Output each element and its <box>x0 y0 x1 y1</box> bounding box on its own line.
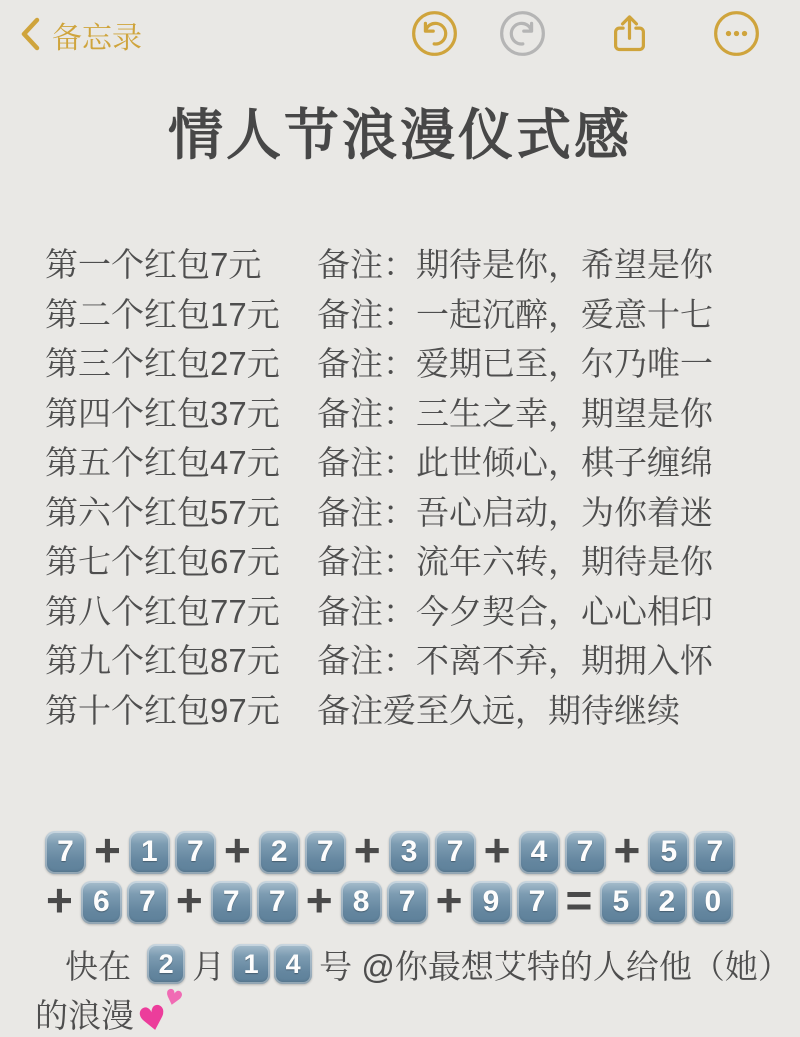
footer-line-2: 的浪漫 ♥♥ <box>35 989 800 1037</box>
red-packet-row: 第六个红包57元 备注：吾心启动，为你着迷 <box>45 486 786 536</box>
keycap-number-14: 14 <box>232 944 312 984</box>
back-button-label: 备忘录 <box>52 13 142 57</box>
equals-operator: = <box>565 877 594 927</box>
plus-operator: + <box>175 877 204 927</box>
keycap-digit-icon: 8 <box>341 881 382 924</box>
ellipsis-icon <box>713 10 760 60</box>
keycap-number-87: 87 <box>341 881 428 924</box>
redo-icon <box>499 10 546 60</box>
packet-note: 备注：爱期已至，尔乃唯一 <box>317 338 786 385</box>
more-button[interactable] <box>713 12 760 59</box>
packet-amount: 第二个红包17元 <box>45 289 317 336</box>
equation-line-2: +67+77+87+97=520 <box>45 877 800 927</box>
undo-icon <box>411 10 458 60</box>
red-packet-row: 第十个红包97元 备注爱至久远，期待继续 <box>45 684 786 734</box>
keycap-digit-icon: 5 <box>600 881 641 924</box>
keycap-number-7: 7 <box>45 831 86 874</box>
plus-operator: + <box>483 827 512 877</box>
two-hearts-icon: ♥♥ <box>138 992 184 1034</box>
keycap-digit-icon: 2 <box>259 831 300 874</box>
notes-app-screen: 备忘录 <box>0 0 800 1037</box>
keycap-number-17: 17 <box>129 831 216 874</box>
keycap-digit-icon: 2 <box>147 944 185 984</box>
packet-amount: 第五个红包47元 <box>45 437 317 484</box>
undo-button[interactable] <box>411 12 458 59</box>
keycap-digit-icon: 0 <box>692 881 733 924</box>
keycap-digit-icon: 1 <box>129 831 170 874</box>
keycap-number-97: 97 <box>471 881 558 924</box>
plus-operator: + <box>353 827 382 877</box>
packet-amount: 第一个红包7元 <box>45 239 317 286</box>
packet-note: 备注：一起沉醉，爱意十七 <box>317 289 786 336</box>
keycap-digit-icon: 2 <box>646 881 687 924</box>
keycap-digit-icon: 4 <box>274 944 312 984</box>
keycap-digit-icon: 5 <box>648 831 689 874</box>
nav-bar: 备忘录 <box>0 0 800 64</box>
keycap-digit-icon: 3 <box>389 831 430 874</box>
plus-operator: + <box>93 827 122 877</box>
keycap-digit-icon: 7 <box>435 831 476 874</box>
keycap-digit-icon: 7 <box>517 881 558 924</box>
packet-amount: 第八个红包77元 <box>45 586 317 633</box>
footer-text-segment: 月 <box>192 941 225 988</box>
keycap-number-47: 47 <box>519 831 606 874</box>
keycap-number-37: 37 <box>389 831 476 874</box>
keycap-digit-icon: 1 <box>232 944 270 984</box>
nav-actions <box>411 12 760 59</box>
red-packet-row: 第一个红包7元 备注：期待是你，希望是你 <box>45 238 786 288</box>
plus-operator: + <box>45 877 74 927</box>
keycap-equation: 7+17+27+37+47+57 +67+77+87+97=520 <box>0 827 800 927</box>
keycap-digit-icon: 4 <box>519 831 560 874</box>
keycap-digit-icon: 7 <box>257 881 298 924</box>
red-packet-row: 第七个红包67元 备注：流年六转，期待是你 <box>45 535 786 585</box>
keycap-digit-icon: 7 <box>305 831 346 874</box>
equation-line-1: 7+17+27+37+47+57 <box>45 827 800 877</box>
packet-amount: 第六个红包57元 <box>45 487 317 534</box>
packet-note: 备注：吾心启动，为你着迷 <box>317 487 786 534</box>
keycap-digit-icon: 7 <box>175 831 216 874</box>
keycap-number-57: 57 <box>648 831 735 874</box>
footer-line-1: 快在 2月14号 @你最想艾特的人给他（她） <box>35 939 800 989</box>
footer-line2-text: 的浪漫 <box>35 990 134 1037</box>
note-title: 情人节浪漫仪式感 <box>0 91 800 170</box>
keycap-digit-icon: 7 <box>387 881 428 924</box>
packet-note: 备注：今夕契合，心心相印 <box>317 586 786 633</box>
packet-note: 备注：流年六转，期待是你 <box>317 536 786 583</box>
footer-text: 快在 2月14号 @你最想艾特的人给他（她） 的浪漫 ♥♥ <box>0 939 800 1037</box>
keycap-digit-icon: 9 <box>471 881 512 924</box>
plus-operator: + <box>613 827 642 877</box>
packet-amount: 第三个红包27元 <box>45 338 317 385</box>
plus-operator: + <box>223 827 252 877</box>
redo-button[interactable] <box>499 12 546 59</box>
packet-amount: 第十个红包97元 <box>45 685 317 732</box>
red-packet-row: 第八个红包77元 备注：今夕契合，心心相印 <box>45 585 786 635</box>
packet-note: 备注：此世倾心，棋子缠绵 <box>317 437 786 484</box>
keycap-digit-icon: 7 <box>45 831 86 874</box>
keycap-number-77: 77 <box>211 881 298 924</box>
keycap-digit-icon: 6 <box>81 881 122 924</box>
packet-amount: 第四个红包37元 <box>45 388 317 435</box>
keycap-digit-icon: 7 <box>127 881 168 924</box>
packet-note: 备注：不离不弃，期拥入怀 <box>317 635 786 682</box>
packet-amount: 第七个红包67元 <box>45 536 317 583</box>
back-button[interactable]: 备忘录 <box>18 13 142 57</box>
keycap-number-27: 27 <box>259 831 346 874</box>
note-body[interactable]: 情人节浪漫仪式感 第一个红包7元 备注：期待是你，希望是你 第二个红包17元 备… <box>0 91 800 1037</box>
red-packet-row: 第四个红包37元 备注：三生之幸，期望是你 <box>45 387 786 437</box>
red-packet-list: 第一个红包7元 备注：期待是你，希望是你 第二个红包17元 备注：一起沉醉，爱意… <box>0 238 800 733</box>
red-packet-row: 第二个红包17元 备注：一起沉醉，爱意十七 <box>45 288 786 338</box>
red-packet-row: 第九个红包87元 备注：不离不弃，期拥入怀 <box>45 634 786 684</box>
share-icon <box>606 10 653 60</box>
keycap-number-2: 2 <box>147 944 185 984</box>
share-button[interactable] <box>606 12 653 59</box>
packet-note: 备注：期待是你，希望是你 <box>317 239 786 286</box>
red-packet-row: 第三个红包27元 备注：爱期已至，尔乃唯一 <box>45 337 786 387</box>
packet-amount: 第九个红包87元 <box>45 635 317 682</box>
keycap-digit-icon: 7 <box>211 881 252 924</box>
footer-text-segment: 快在 <box>65 941 140 988</box>
footer-text-segment: 号 @你最想艾特的人给他（她） <box>319 941 791 988</box>
red-packet-row: 第五个红包47元 备注：此世倾心，棋子缠绵 <box>45 436 786 486</box>
chevron-left-icon <box>18 15 42 56</box>
plus-operator: + <box>305 877 334 927</box>
keycap-digit-icon: 7 <box>565 831 606 874</box>
plus-operator: + <box>435 877 464 927</box>
packet-note: 备注爱至久远，期待继续 <box>317 685 786 732</box>
packet-note: 备注：三生之幸，期望是你 <box>317 388 786 435</box>
keycap-number-67: 67 <box>81 881 168 924</box>
keycap-digit-icon: 7 <box>694 831 735 874</box>
keycap-number-520: 520 <box>600 881 733 924</box>
